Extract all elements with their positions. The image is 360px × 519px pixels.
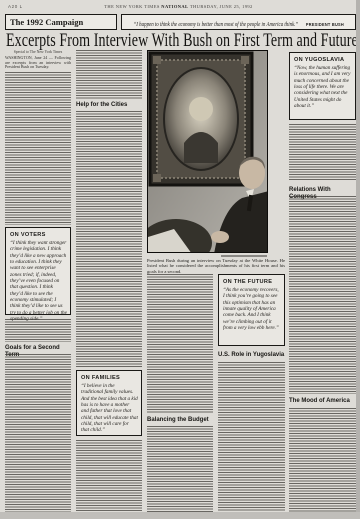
pull-quote-future: ON THE FUTURE “As the economy recovers, … <box>218 274 285 346</box>
byline: Special to The New York Times <box>5 50 71 54</box>
banner-quote-box: “I happen to think the economy is better… <box>121 14 356 30</box>
main-headline-text: Excerpts From Interview With Bush on Fir… <box>6 31 358 52</box>
subhead-mood-america: The Mood of America <box>289 398 356 405</box>
banner-quote-inner: “I happen to think the economy is better… <box>133 14 343 30</box>
body-text-block <box>76 111 142 367</box>
masthead-date: THURSDAY, JUNE 25, 1992 <box>190 4 253 9</box>
pull-quote-future-title: ON THE FUTURE <box>223 279 281 285</box>
pull-quote-yugoslavia-text: “Now, the human suffering is enormous, a… <box>294 65 352 109</box>
body-text-block <box>5 72 71 225</box>
subhead-balancing-budget: Balancing the Budget <box>147 417 213 424</box>
section-label-box: The 1992 Campaign <box>5 14 117 30</box>
dateline-paragraph: WASHINGTON, June 24 — Following are exce… <box>5 56 71 70</box>
main-headline: Excerpts From Interview With Bush on Fir… <box>6 31 357 49</box>
bush-interview-photo <box>147 50 268 253</box>
bush-interview-photo-art <box>148 51 268 253</box>
masthead-section: NATIONAL <box>161 4 188 9</box>
pull-quote-voters-text: “I think they want stronger crime legisl… <box>10 240 67 322</box>
newspaper-page: { "page_header": { "folio": "A20 L", "pa… <box>0 0 360 519</box>
pull-quote-families: ON FAMILIES “I believe in the traditiona… <box>76 370 142 436</box>
banner-quote-attribution: PRESIDENT BUSH <box>306 22 344 27</box>
body-text-block <box>76 440 142 512</box>
masthead-line: THE NEW YORK TIMES NATIONAL THURSDAY, JU… <box>0 4 357 9</box>
pull-quote-future-text: “As the economy recovers, I think you’re… <box>223 287 281 331</box>
campaign-banner: The 1992 Campaign “I happen to think the… <box>5 14 356 30</box>
banner-quote-text: “I happen to think the economy is better… <box>133 22 298 28</box>
pull-quote-voters: ON VOTERS “I think they want stronger cr… <box>5 227 71 315</box>
article-columns: Special to The New York Times WASHINGTON… <box>5 50 356 512</box>
photo-credit-line <box>221 255 267 257</box>
body-text-block <box>147 274 213 413</box>
pull-quote-yugoslavia-title: ON YUGOSLAVIA <box>294 57 352 63</box>
photo-caption: President Bush during an interview on Tu… <box>147 258 285 274</box>
subhead-help-for-cities: Help for the Cities <box>76 102 142 109</box>
scan-edge-bottom <box>0 512 360 519</box>
body-text-block <box>218 362 285 512</box>
pull-quote-families-text: “I believe in the traditional family val… <box>81 383 138 434</box>
masthead-paper-name: THE NEW YORK TIMES <box>104 4 160 9</box>
body-text-block <box>289 408 356 512</box>
scan-edge-right <box>356 0 360 519</box>
pull-quote-families-title: ON FAMILIES <box>81 375 138 381</box>
body-text-block <box>76 50 142 99</box>
pull-quote-voters-title: ON VOTERS <box>10 232 67 238</box>
body-text-block <box>147 426 213 512</box>
pull-quote-yugoslavia: ON YUGOSLAVIA “Now, the human suffering … <box>289 52 356 120</box>
body-text-block <box>5 319 71 342</box>
body-text-block <box>5 354 71 512</box>
body-text-block <box>289 196 356 394</box>
subhead-us-role-yugoslavia: U.S. Role in Yugoslavia <box>218 352 285 359</box>
body-text-block <box>289 124 356 181</box>
